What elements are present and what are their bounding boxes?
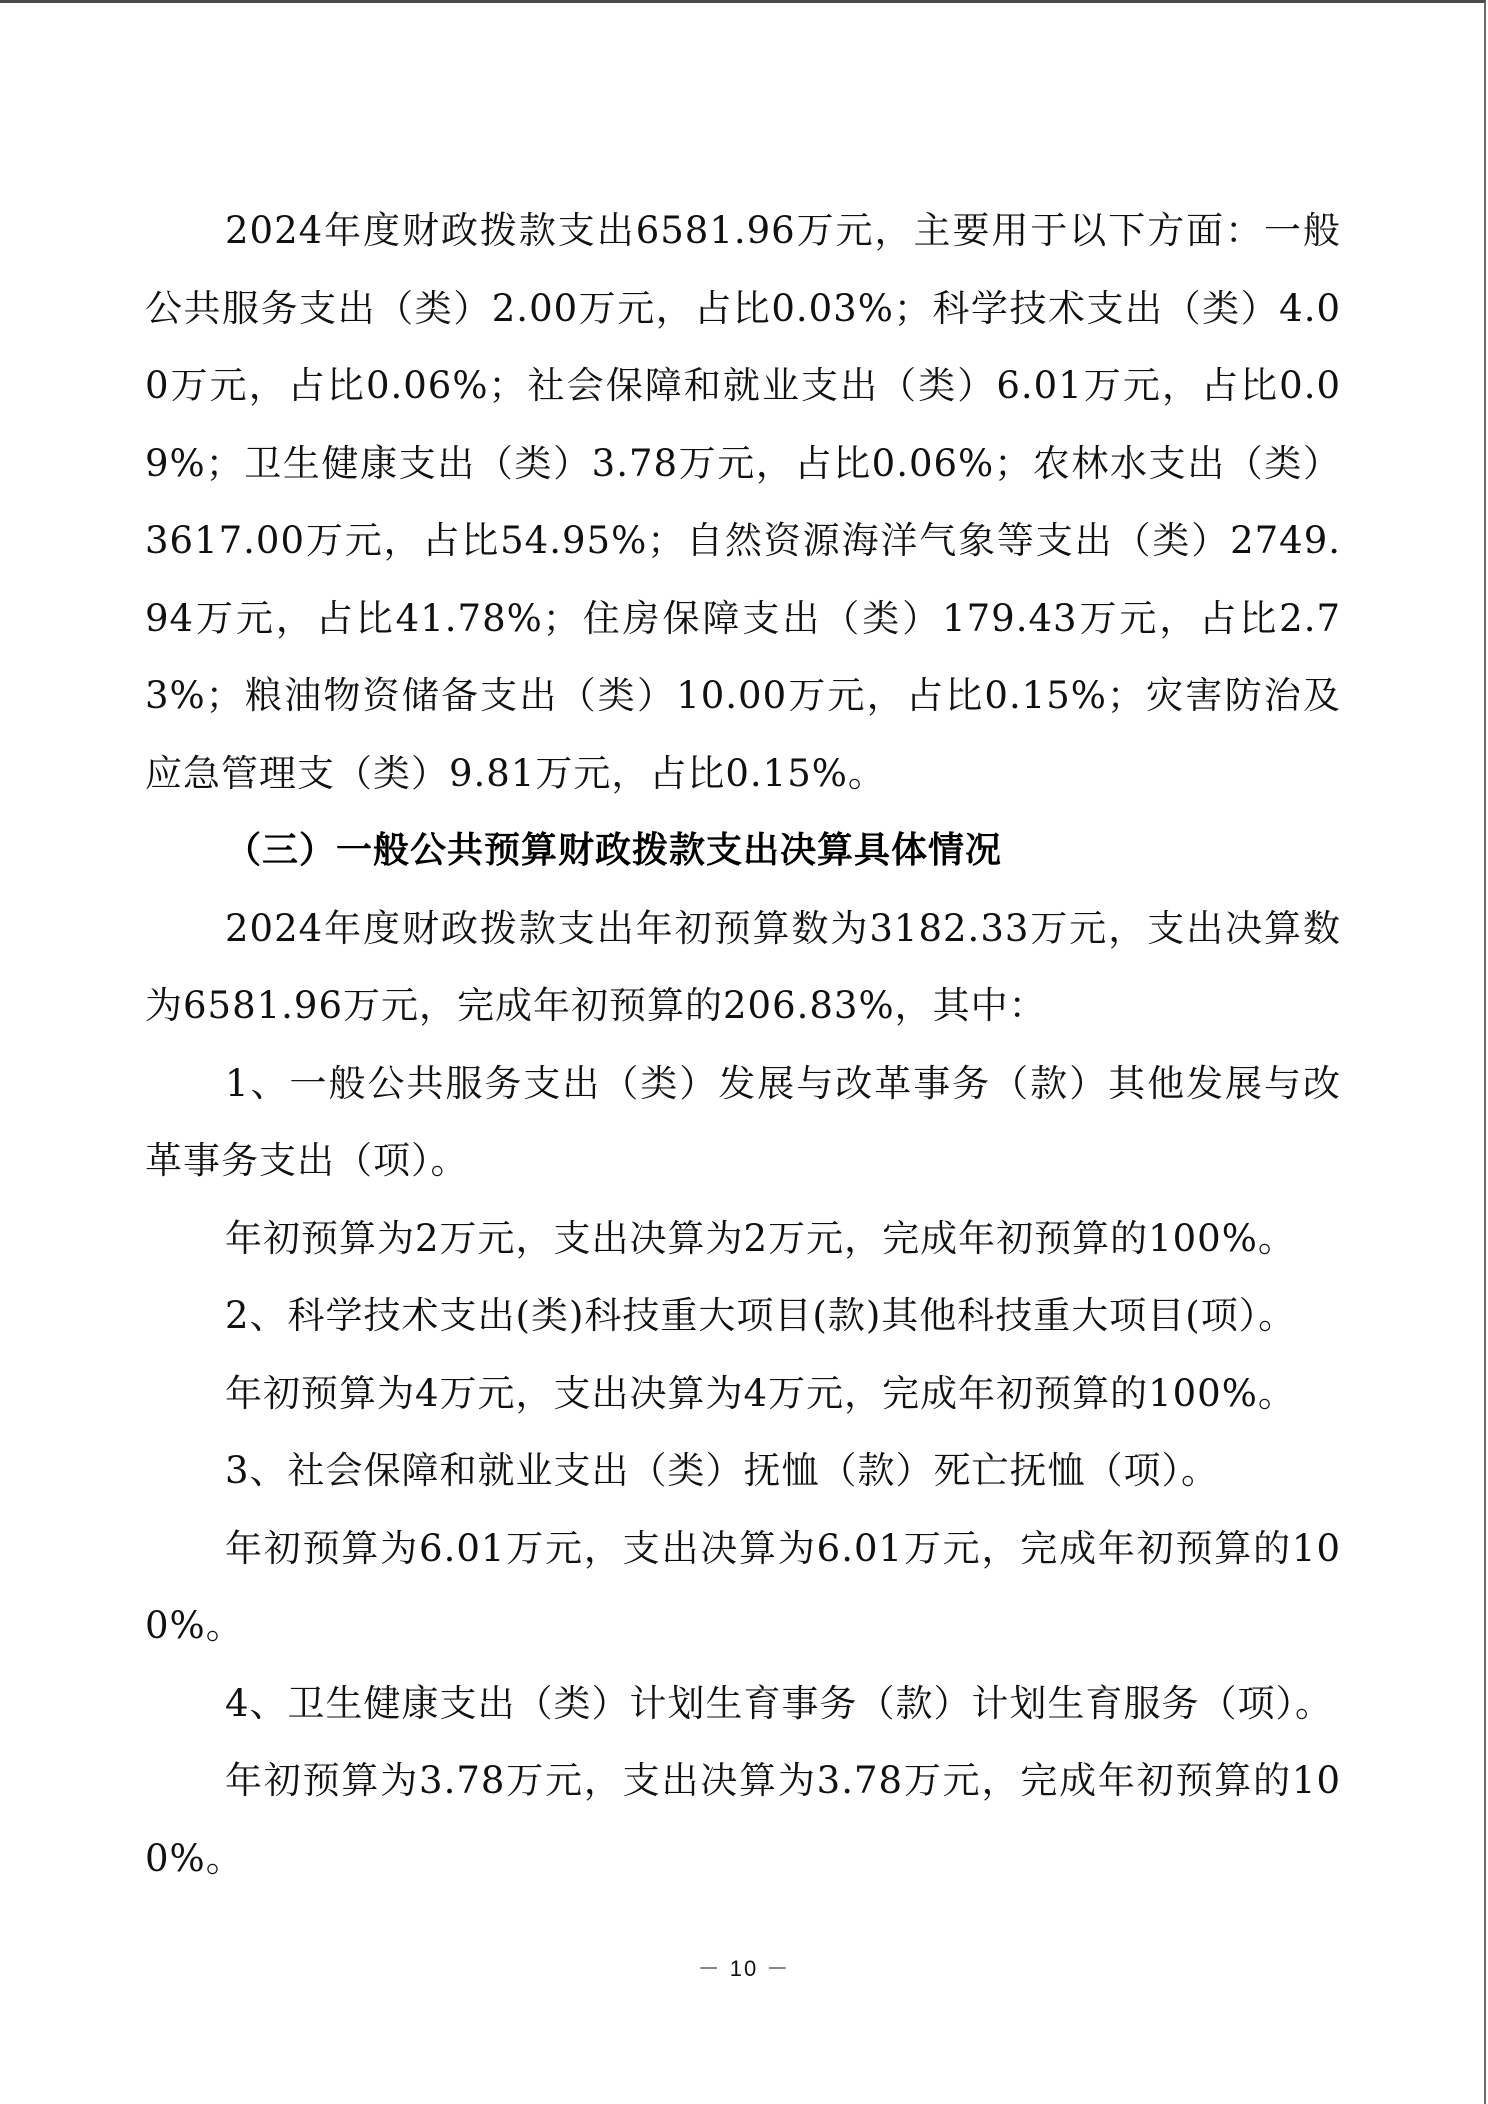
list-item-3-title: 3、社会保障和就业支出（类）抚恤（款）死亡抚恤（项）。 xyxy=(145,1432,1341,1510)
list-item-1-title: 1、一般公共服务支出（类）发展与改革事务（款）其他发展与改革事务支出（项）。 xyxy=(145,1045,1341,1200)
document-body: 2024年度财政拨款支出6581.96万元，主要用于以下方面：一般公共服务支出（… xyxy=(145,192,1341,1897)
list-item-1-detail: 年初预算为2万元，支出决算为2万元，完成年初预算的100%。 xyxy=(145,1200,1341,1278)
section-heading-general-budget-details: （三）一般公共预算财政拨款支出决算具体情况 xyxy=(145,812,1341,890)
paragraph-budget-completion: 2024年度财政拨款支出年初预算数为3182.33万元，支出决算数为6581.9… xyxy=(145,890,1341,1045)
list-item-2-detail: 年初预算为4万元，支出决算为4万元，完成年初预算的100%。 xyxy=(145,1355,1341,1433)
list-item-4-title: 4、卫生健康支出（类）计划生育事务（款）计划生育服务（项）。 xyxy=(145,1665,1341,1743)
list-item-3-detail: 年初预算为6.01万元，支出决算为6.01万元，完成年初预算的100%。 xyxy=(145,1510,1341,1665)
paragraph-expenditure-overview: 2024年度财政拨款支出6581.96万元，主要用于以下方面：一般公共服务支出（… xyxy=(145,192,1341,812)
list-item-4-detail: 年初预算为3.78万元，支出决算为3.78万元，完成年初预算的100%。 xyxy=(145,1742,1341,1897)
page-number: － 10 － xyxy=(0,1952,1488,1983)
list-item-2-title: 2、科学技术支出(类)科技重大项目(款)其他科技重大项目(项）。 xyxy=(145,1277,1341,1355)
